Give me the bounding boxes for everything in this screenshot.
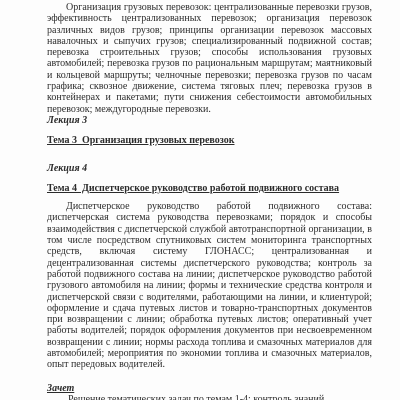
paragraph-cargo-transport: Организация грузовых перевозок: централи…: [47, 2, 372, 115]
zachet-heading: Зачет: [47, 383, 372, 394]
document-page: Организация грузовых перевозок: централи…: [0, 0, 400, 400]
theme-3-heading: Тема 3 Организация грузовых перевозок: [47, 135, 372, 146]
theme-4-heading: Тема 4 Диспетчерское руководство работой…: [47, 183, 372, 194]
lecture-4-label: Лекция 4: [47, 163, 372, 174]
lecture-3-label: Лекция 3: [47, 115, 372, 126]
zachet-description: Решение тематических задач по темам 1-4;…: [47, 394, 372, 400]
paragraph-dispatch-management: Диспетчерское руководство работой подвиж…: [47, 201, 372, 370]
